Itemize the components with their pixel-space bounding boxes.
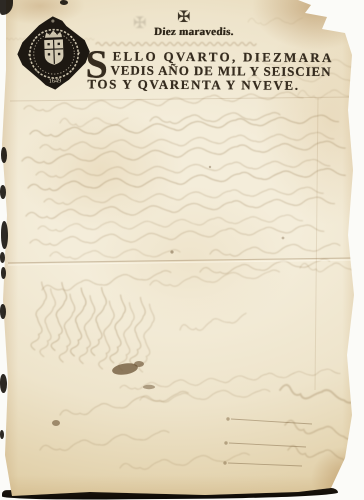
torn-edge-mark bbox=[0, 185, 6, 199]
torn-edge-mark bbox=[1, 147, 7, 163]
torn-edge-mark bbox=[0, 374, 7, 393]
torn-edge-mark bbox=[60, 0, 68, 5]
account-tally-lines bbox=[223, 417, 312, 466]
seal-year: 1649 bbox=[49, 77, 62, 84]
torn-edge-mark bbox=[1, 267, 6, 279]
seal-coat-of-arms bbox=[44, 30, 64, 65]
torn-edge-mark bbox=[0, 430, 4, 439]
sello-quarto-text-block: S ELLO QVARTO, DIEZMARA VEDIS AÑO DE MIL… bbox=[0, 0, 364, 1]
royal-seal-stamp: 1649 bbox=[14, 12, 95, 95]
fold-creases bbox=[8, 97, 354, 390]
scanned-document-photo: ✠ ✠ Diez maravedis. S ELLO QVARTO, DIEZM… bbox=[0, 0, 364, 500]
torn-edge-mark bbox=[1, 221, 8, 249]
cross-pattee-icon: ✠ bbox=[177, 7, 190, 26]
ink-blots bbox=[52, 166, 350, 485]
aged-paper-sheet: ✠ ✠ Diez maravedis. S ELLO QVARTO, DIEZM… bbox=[0, 0, 364, 500]
cross-pattee-ghost-icon: ✠ bbox=[133, 13, 146, 32]
sello-line-3: TOS Y QVARENTA Y NVEVE. bbox=[87, 76, 299, 93]
torn-edge-mark bbox=[0, 304, 6, 319]
torn-edge-mark bbox=[0, 252, 5, 263]
tax-denomination-label: Diez maravedis. bbox=[154, 26, 234, 38]
